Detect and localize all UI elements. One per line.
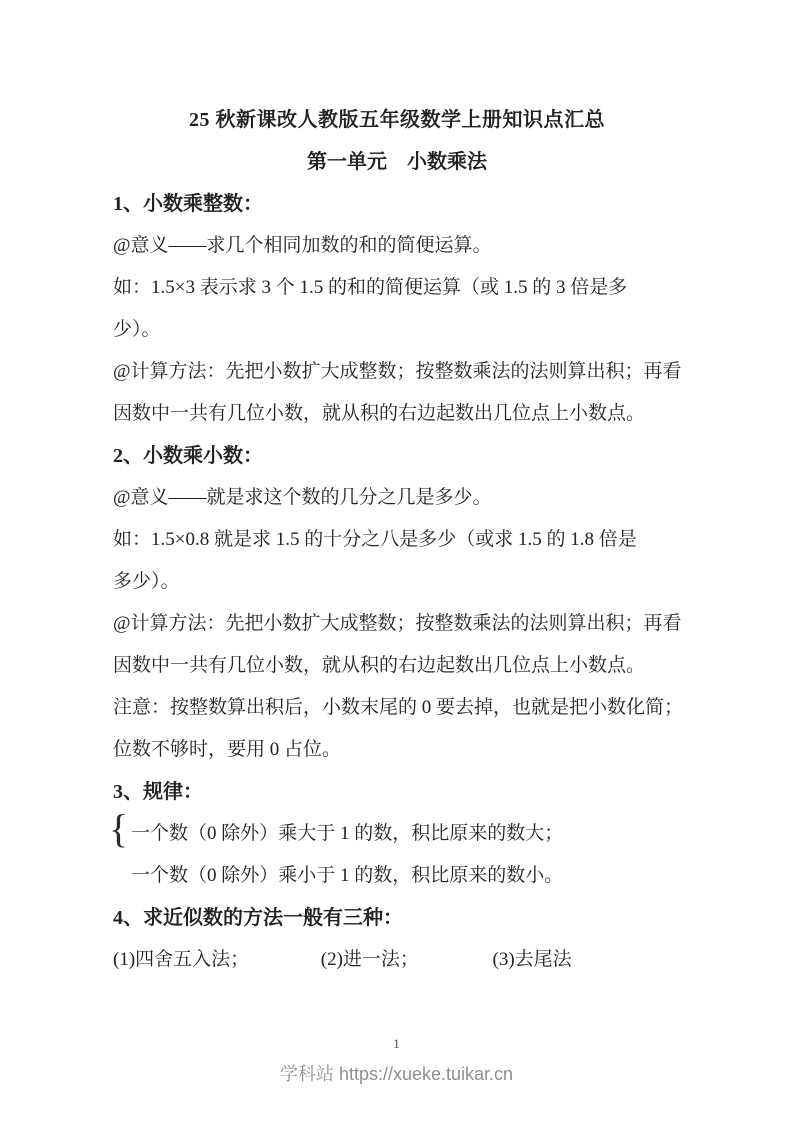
method-round-down: (3)去尾法 <box>493 939 572 981</box>
left-brace-glyph: { <box>109 803 128 855</box>
document-page: 25 秋新课改人教版五年级数学上册知识点汇总 第一单元 小数乘法 1、小数乘整数… <box>0 0 793 1122</box>
page-number: 1 <box>0 1034 793 1054</box>
section-2-line-method: @计算方法：先把小数扩大成整数；按整数乘法的法则算出积；再看 <box>113 603 681 645</box>
section-2-line-example: 如：1.5×0.8 就是求 1.5 的十分之八是多少（或求 1.5 的 1.8 … <box>113 519 681 561</box>
rules-group: { 一个数（0 除外）乘大于 1 的数，积比原来的数大； 一个数（0 除外）乘小… <box>113 813 681 897</box>
method-rounding: (1)四舍五入法； <box>113 939 316 981</box>
footer-site-label: 学科站 https://xueke.tuikar.cn <box>0 1061 793 1087</box>
unit-heading: 第一单元 小数乘法 <box>113 141 681 183</box>
method-round-up: (2)进一法； <box>321 939 488 981</box>
section-1-heading: 1、小数乘整数： <box>113 183 681 225</box>
section-1-line-meaning: @意义——求几个相同加数的和的简便运算。 <box>113 225 681 267</box>
document-title: 25 秋新课改人教版五年级数学上册知识点汇总 <box>113 99 681 141</box>
rule-line-smaller: 一个数（0 除外）乘小于 1 的数，积比原来的数小。 <box>113 855 681 897</box>
rule-line-greater: 一个数（0 除外）乘大于 1 的数，积比原来的数大； <box>113 813 681 855</box>
section-4-heading: 4、求近似数的方法一般有三种： <box>113 897 681 939</box>
section-3-heading: 3、规律： <box>113 771 681 813</box>
section-2-heading: 2、小数乘小数： <box>113 435 681 477</box>
section-1-line-method-cont: 因数中一共有几位小数，就从积的右边起数出几位点上小数点。 <box>113 393 681 435</box>
document-body: 25 秋新课改人教版五年级数学上册知识点汇总 第一单元 小数乘法 1、小数乘整数… <box>113 99 681 981</box>
section-2-line-note-cont: 位数不够时，要用 0 占位。 <box>113 729 681 771</box>
section-2-line-method-cont: 因数中一共有几位小数，就从积的右边起数出几位点上小数点。 <box>113 645 681 687</box>
section-1-line-method: @计算方法：先把小数扩大成整数；按整数乘法的法则算出积；再看 <box>113 351 681 393</box>
methods-line: (1)四舍五入法； (2)进一法； (3)去尾法 <box>113 939 681 981</box>
section-2-line-example-cont: 多少）。 <box>113 561 681 603</box>
section-2-line-note: 注意：按整数算出积后，小数末尾的 0 要去掉，也就是把小数化简； <box>113 687 681 729</box>
section-1-line-example-cont: 少）。 <box>113 309 681 351</box>
section-1-line-example: 如：1.5×3 表示求 3 个 1.5 的和的简便运算（或 1.5 的 3 倍是… <box>113 267 681 309</box>
section-2-line-meaning: @意义——就是求这个数的几分之几是多少。 <box>113 477 681 519</box>
